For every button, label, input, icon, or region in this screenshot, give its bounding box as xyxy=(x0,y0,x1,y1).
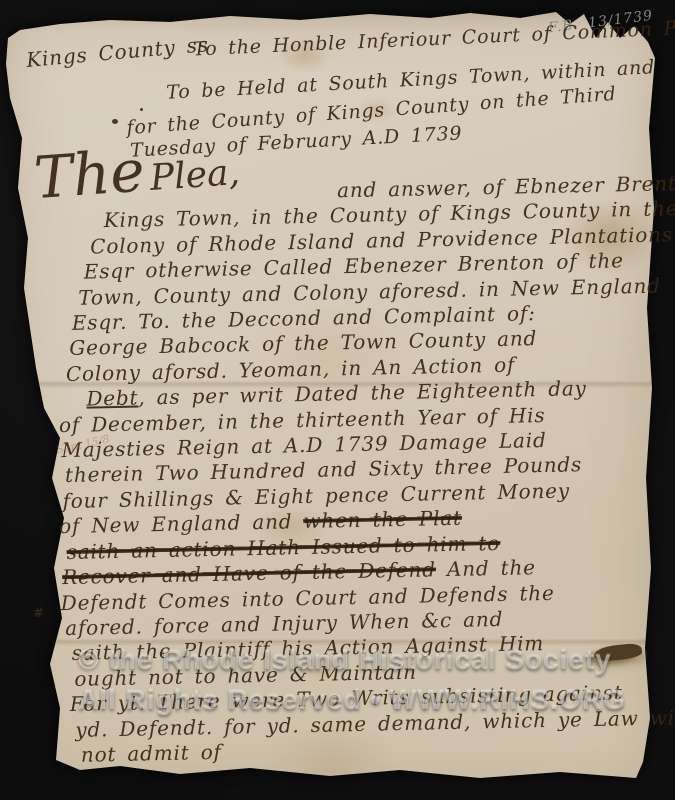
copyright-watermark-line-1: © the Rhode Island Historical Society xyxy=(78,644,612,676)
body-text-block: and answer, of Ebnezer Brenton, of South… xyxy=(49,172,657,769)
copyright-watermark-line-2: All Rights Reserved • WWW.RIHS.ORG xyxy=(78,684,626,716)
underlined-word: Debt xyxy=(86,386,138,411)
margin-hash-mark: # xyxy=(33,606,44,621)
ink-dot xyxy=(112,119,118,124)
line-text: And the xyxy=(436,555,536,581)
struck-through-text: when the Plat xyxy=(303,506,462,533)
line-text: of New England and xyxy=(59,509,304,538)
page-background: F.B. 13/1739 Kings County ss To the Honb… xyxy=(0,0,675,800)
ink-dot xyxy=(140,108,143,111)
line-text: not admit of xyxy=(81,740,222,767)
